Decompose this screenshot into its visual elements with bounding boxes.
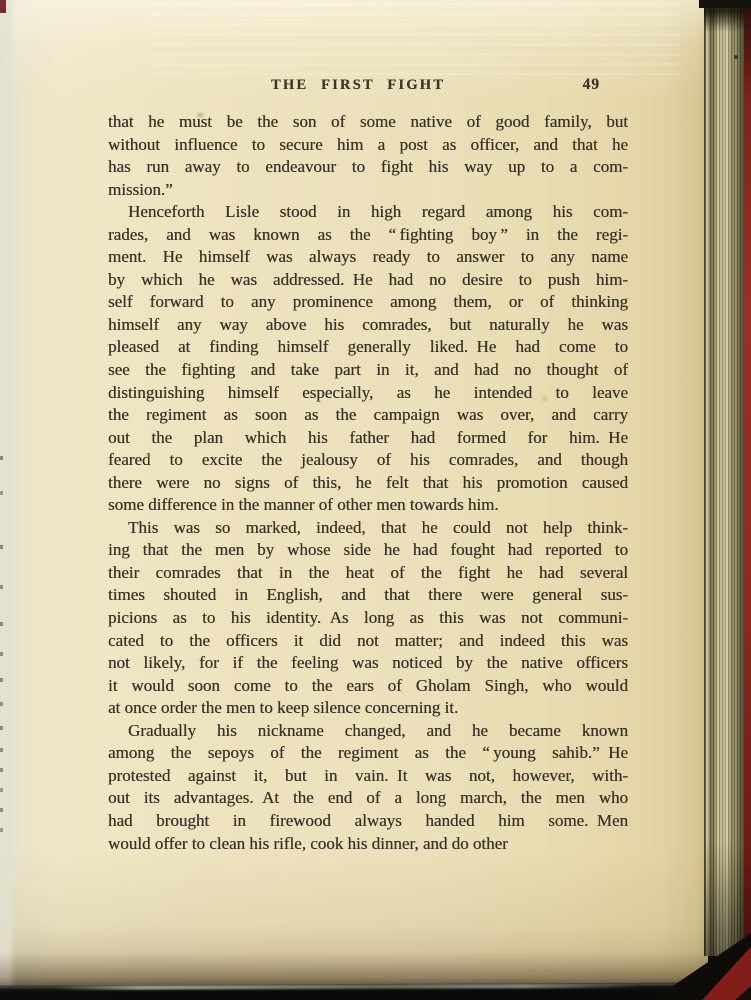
text-line: This was so marked, indeed, that he coul… (108, 517, 628, 540)
text-line: without influence to secure him a post a… (108, 134, 628, 157)
text-line: picions as to his identity. As long as t… (108, 607, 628, 630)
text-line: there were no signs of this, he felt tha… (108, 472, 628, 495)
book-cover-edge (744, 8, 751, 948)
text-line: Gradually his nickname changed, and he b… (108, 720, 628, 743)
text-line: cated to the officers it did not matter;… (108, 630, 628, 653)
cover-corner-top-left (0, 0, 6, 13)
text-line: pleased at finding himself generally lik… (108, 336, 628, 359)
text-line: that he must be the son of some native o… (108, 111, 628, 134)
text-line: times shouted in English, and that there… (108, 584, 628, 607)
text-line: mission.” (108, 179, 628, 202)
text-line: protested against it, but in vain. It wa… (108, 765, 628, 788)
paragraph: Gradually his nickname changed, and he b… (108, 720, 628, 855)
text-line: at once order the men to keep silence co… (108, 697, 628, 720)
text-line: the regiment as soon as the campaign was… (108, 404, 628, 427)
page-gutter-edge (0, 0, 16, 988)
text-line: Henceforth Lisle stood in high regard am… (108, 201, 628, 224)
text-line: ing that the men by whose side he had fo… (108, 539, 628, 562)
text-line: it would soon come to the ears of Gholam… (108, 675, 628, 698)
showthrough-marks (0, 450, 3, 454)
text-line: not likely, for if the feeling was notic… (108, 652, 628, 675)
text-line: himself any way above his comrades, but … (108, 314, 628, 337)
text-line: their comrades that in the heat of the f… (108, 562, 628, 585)
text-line: has run away to endeavour to fight his w… (108, 156, 628, 179)
book-fore-edge (704, 6, 745, 956)
text-line: would offer to clean his rifle, cook his… (108, 833, 628, 856)
running-header: THE FIRST FIGHT (271, 77, 445, 94)
page-number: 49 (583, 76, 601, 94)
text-line: some difference in the manner of other m… (108, 494, 628, 517)
text-line: distinguishing himself especially, as he… (108, 382, 628, 405)
page-header: THE FIRST FIGHT 49 (108, 77, 628, 97)
text-line: out its advantages. At the end of a long… (108, 787, 628, 810)
text-line: among the sepoys of the regiment as the … (108, 742, 628, 765)
page-text: that he must be the son of some native o… (108, 111, 628, 855)
text-line: see the fighting and take part in it, an… (108, 359, 628, 382)
text-line: by which he was addressed. He had no des… (108, 269, 628, 292)
paragraph: This was so marked, indeed, that he coul… (108, 517, 628, 720)
text-line: feared to excite the jealousy of his com… (108, 449, 628, 472)
text-line: ment. He himself was always ready to ans… (108, 246, 628, 269)
paragraph: Henceforth Lisle stood in high regard am… (108, 201, 628, 517)
fore-edge-top-cap (699, 0, 751, 8)
text-line: self forward to any prominence among the… (108, 291, 628, 314)
text-line: out the plan which his father had formed… (108, 427, 628, 450)
paragraph: that he must be the son of some native o… (108, 111, 628, 201)
book-scan-photo: THE FIRST FIGHT 49 that he must be the s… (0, 0, 751, 1000)
text-line: had brought in firewood always handed hi… (108, 810, 628, 833)
text-line: rades, and was known as the “ fighting b… (108, 224, 628, 247)
